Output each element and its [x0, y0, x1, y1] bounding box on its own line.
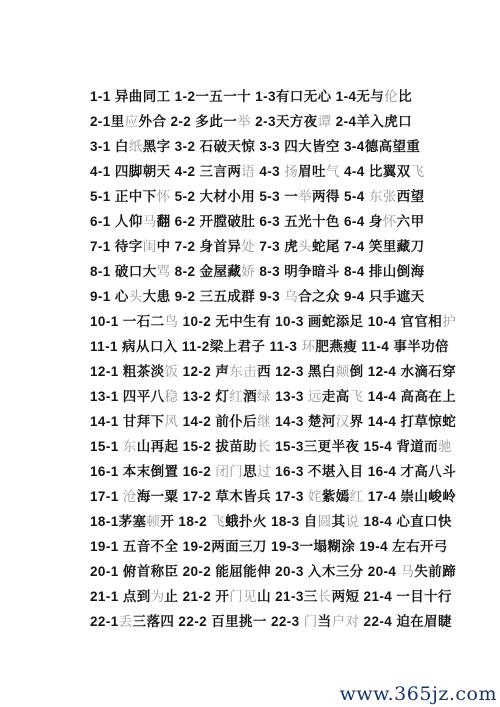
idiom-number: 20-2	[183, 564, 212, 579]
idiom-text: 东张西望	[369, 189, 425, 204]
idiom-number: 3-3	[259, 139, 280, 154]
idiom-text: 只手遮天	[369, 289, 425, 304]
idiom-number: 22-1	[90, 614, 119, 629]
idiom-text: 沧海一粟	[123, 489, 179, 504]
idiom-number: 5-2	[175, 189, 196, 204]
idiom-row: 17-1 沧海一粟 17-2 草木皆兵 17-3 姹紫嫣红 17-4 崇山峻岭	[90, 484, 456, 509]
idiom-row: 9-1 心头大患 9-2 三五成群 9-3 乌合之众 9-4 只手遮天	[90, 284, 456, 309]
idiom-text: 梁上君子	[210, 339, 266, 354]
idiom-text: 一石二鸟	[123, 314, 179, 329]
idiom-number: 8-3	[259, 264, 280, 279]
idiom-text: 事半功倍	[393, 339, 449, 354]
idiom-number: 7-4	[344, 239, 365, 254]
idiom-number: 21-3	[275, 589, 304, 604]
idiom-text: 官官相护	[400, 314, 456, 329]
idiom-number: 13-2	[183, 389, 212, 404]
idiom-number: 17-1	[90, 489, 119, 504]
idiom-text: 黑白颠倒	[308, 364, 364, 379]
idiom-text: 门当户对	[304, 614, 360, 629]
idiom-number: 18-2	[178, 514, 207, 529]
idiom-text: 能屈能伸	[215, 564, 271, 579]
idiom-number: 8-1	[90, 264, 111, 279]
idiom-number: 17-2	[183, 489, 212, 504]
idiom-text: 丢三落四	[119, 614, 175, 629]
idiom-number: 12-3	[275, 364, 304, 379]
idiom-number: 9-3	[259, 289, 280, 304]
idiom-text: 迫在眉睫	[396, 614, 452, 629]
idiom-text: 笑里藏刀	[369, 239, 425, 254]
idiom-number: 10-1	[90, 314, 119, 329]
idiom-number: 13-3	[275, 389, 304, 404]
idiom-number: 1-1	[90, 89, 111, 104]
idiom-row: 7-1 待字闺中 7-2 身首异处 7-3 虎头蛇尾 7-4 笑里藏刀	[90, 234, 456, 259]
idiom-number: 15-1	[90, 439, 119, 454]
idiom-text: 石破天惊	[200, 139, 256, 154]
idiom-text: 一五一十	[195, 89, 251, 104]
idiom-number: 13-1	[90, 389, 119, 404]
idiom-text: 自圆其说	[304, 514, 360, 529]
idiom-number: 9-1	[90, 289, 111, 304]
idiom-text: 一塌糊涂	[300, 539, 356, 554]
idiom-text: 虎头蛇尾	[284, 239, 340, 254]
idiom-row: 20-1 俯首称臣 20-2 能屈能伸 20-3 入木三分 20-4 马失前蹄	[90, 559, 456, 584]
idiom-row: 4-1 四脚朝天 4-2 三言两语 4-3 扬眉吐气 4-4 比翼双飞	[90, 159, 456, 184]
idiom-number: 11-3	[269, 339, 297, 354]
idiom-text: 楚河汉界	[308, 414, 364, 429]
idiom-number: 4-4	[344, 164, 365, 179]
idiom-number: 14-2	[183, 414, 212, 429]
idiom-text: 茅塞顿开	[119, 514, 175, 529]
idiom-number: 11-1	[90, 339, 118, 354]
idiom-text: 飞蛾扑火	[211, 514, 267, 529]
idiom-number: 2-3	[255, 114, 276, 129]
idiom-text: 姹紫嫣红	[308, 489, 364, 504]
idiom-text: 四脚朝天	[115, 164, 171, 179]
idiom-text: 无与伦比	[356, 89, 412, 104]
idiom-text: 大材小用	[200, 189, 256, 204]
idiom-number: 20-1	[90, 564, 119, 579]
idiom-number: 20-4	[368, 564, 397, 579]
idiom-text: 五音不全	[123, 539, 179, 554]
idiom-number: 1-4	[336, 89, 357, 104]
idiom-text: 水滴石穿	[400, 364, 456, 379]
idiom-row: 22-1丢三落四 22-2 百里挑一 22-3 门当户对 22-4 迫在眉睫	[90, 609, 456, 634]
idiom-number: 3-2	[175, 139, 196, 154]
idiom-text: 比翼双飞	[369, 164, 425, 179]
idiom-row: 6-1 人仰马翻 6-2 开膛破肚 6-3 五光十色 6-4 身怀六甲	[90, 209, 456, 234]
idiom-row: 3-1 白纸黑字 3-2 石破天惊 3-3 四大皆空 3-4德高望重	[90, 134, 456, 159]
idiom-text: 白纸黑字	[115, 139, 171, 154]
idiom-text: 病从口入	[122, 339, 178, 354]
idiom-number: 20-3	[275, 564, 304, 579]
idiom-text: 一举两得	[284, 189, 340, 204]
idiom-row: 8-1 破口大骂 8-2 金屋藏娇 8-3 明争暗斗 8-4 排山倒海	[90, 259, 456, 284]
idiom-text: 明争暗斗	[284, 264, 340, 279]
idiom-text: 俯首称臣	[123, 564, 179, 579]
idiom-text: 马失前蹄	[400, 564, 456, 579]
idiom-number: 3-4	[344, 139, 365, 154]
idiom-text: 扬眉吐气	[284, 164, 340, 179]
idiom-text: 心头大患	[115, 289, 171, 304]
idiom-text: 左右开弓	[392, 539, 448, 554]
idiom-number: 6-2	[175, 214, 196, 229]
idiom-text: 四大皆空	[284, 139, 340, 154]
idiom-text: 甘拜下风	[123, 414, 179, 429]
idiom-text: 人仰马翻	[115, 214, 171, 229]
idiom-number: 17-4	[368, 489, 397, 504]
idiom-row: 18-1茅塞顿开 18-2 飞蛾扑火 18-3 自圆其说 18-4 心直口快	[90, 509, 456, 534]
idiom-row: 16-1 本末倒置 16-2 闭门思过 16-3 不堪入目 16-4 才高八斗	[90, 459, 456, 484]
idiom-number: 18-1	[90, 514, 119, 529]
idiom-text: 金屋藏娇	[200, 264, 256, 279]
idiom-number: 6-4	[344, 214, 365, 229]
idiom-number: 8-2	[175, 264, 196, 279]
idiom-number: 10-3	[275, 314, 304, 329]
idiom-number: 14-4	[368, 414, 397, 429]
document-page: 1-1 异曲同工 1-2一五一十 1-3有口无心 1-4无与伦比2-1里应外合 …	[0, 0, 500, 707]
idiom-number: 7-1	[90, 239, 111, 254]
idiom-text: 排山倒海	[369, 264, 425, 279]
idiom-text: 三更半夜	[304, 439, 360, 454]
idiom-number: 19-1	[90, 539, 119, 554]
idiom-text: 两面三刀	[211, 539, 267, 554]
idiom-number: 7-2	[175, 239, 196, 254]
watermark-link: www.365jz.com	[340, 683, 497, 705]
idiom-text: 四平八稳	[123, 389, 179, 404]
idiom-text: 高高在上	[400, 389, 456, 404]
idiom-number: 17-3	[275, 489, 304, 504]
idiom-number: 22-3	[271, 614, 300, 629]
idiom-text: 正中下怀	[115, 189, 171, 204]
idiom-text: 本末倒置	[123, 464, 179, 479]
idiom-text: 里应外合	[111, 114, 167, 129]
idiom-text: 三长两短	[304, 589, 360, 604]
idiom-number: 19-4	[359, 539, 388, 554]
idiom-number: 3-1	[90, 139, 111, 154]
idiom-row: 2-1里应外合 2-2 多此一举 2-3天方夜谭 2-4羊入虎口	[90, 109, 456, 134]
idiom-text: 才高八斗	[400, 464, 456, 479]
idiom-row: 1-1 异曲同工 1-2一五一十 1-3有口无心 1-4无与伦比	[90, 84, 456, 109]
idiom-number: 10-4	[368, 314, 397, 329]
idiom-number: 22-4	[364, 614, 393, 629]
idiom-number: 16-1	[90, 464, 119, 479]
idiom-number: 4-2	[175, 164, 196, 179]
idiom-number: 2-4	[336, 114, 357, 129]
idiom-text: 三言两语	[200, 164, 256, 179]
idiom-text: 声东击西	[215, 364, 271, 379]
idiom-number: 16-2	[183, 464, 212, 479]
idiom-text: 羊入虎口	[356, 114, 412, 129]
idiom-number: 2-2	[171, 114, 192, 129]
idiom-text: 入木三分	[308, 564, 364, 579]
idiom-row: 13-1 四平八稳 13-2 灯红酒绿 13-3 远走高飞 14-4 高高在上	[90, 384, 456, 409]
idiom-text: 身怀六甲	[369, 214, 425, 229]
idiom-number: 21-4	[364, 589, 393, 604]
idiom-text: 环肥燕瘦	[302, 339, 358, 354]
idiom-row: 12-1 粗茶淡饭 12-2 声东击西 12-3 黑白颠倒 12-4 水滴石穿	[90, 359, 456, 384]
idiom-number: 9-2	[175, 289, 196, 304]
idiom-text: 粗茶淡饭	[123, 364, 179, 379]
idiom-row: 19-1 五音不全 19-2两面三刀 19-3一塌糊涂 19-4 左右开弓	[90, 534, 456, 559]
idiom-number: 11-4	[361, 339, 389, 354]
idiom-text: 乌合之众	[284, 289, 340, 304]
idiom-number: 1-3	[255, 89, 276, 104]
idiom-list: 1-1 异曲同工 1-2一五一十 1-3有口无心 1-4无与伦比2-1里应外合 …	[90, 84, 456, 634]
idiom-row: 11-1 病从口入 11-2梁上君子 11-3 环肥燕瘦 11-4 事半功倍	[90, 334, 456, 359]
idiom-text: 不堪入目	[308, 464, 364, 479]
idiom-number: 15-3	[275, 439, 304, 454]
idiom-number: 9-4	[344, 289, 365, 304]
idiom-text: 草木皆兵	[215, 489, 271, 504]
idiom-number: 19-3	[271, 539, 300, 554]
idiom-text: 背道而驰	[396, 439, 452, 454]
idiom-text: 打草惊蛇	[400, 414, 456, 429]
idiom-number: 5-3	[259, 189, 280, 204]
idiom-number: 21-2	[183, 589, 212, 604]
idiom-text: 身首异处	[200, 239, 256, 254]
idiom-number: 15-2	[183, 439, 212, 454]
idiom-number: 8-4	[344, 264, 365, 279]
idiom-text: 待字闺中	[115, 239, 171, 254]
idiom-text: 闭门思过	[215, 464, 271, 479]
idiom-number: 18-3	[271, 514, 300, 529]
idiom-text: 百里挑一	[211, 614, 267, 629]
idiom-number: 21-1	[90, 589, 119, 604]
idiom-text: 拔苗助长	[215, 439, 271, 454]
idiom-text: 开膛破肚	[200, 214, 256, 229]
idiom-number: 7-3	[259, 239, 280, 254]
idiom-text: 异曲同工	[115, 89, 171, 104]
idiom-row: 5-1 正中下怀 5-2 大材小用 5-3 一举两得 5-4 东张西望	[90, 184, 456, 209]
idiom-text: 五光十色	[284, 214, 340, 229]
idiom-number: 6-1	[90, 214, 111, 229]
idiom-number: 6-3	[259, 214, 280, 229]
idiom-number: 16-4	[368, 464, 397, 479]
idiom-text: 崇山峻岭	[400, 489, 456, 504]
idiom-number: 4-3	[259, 164, 280, 179]
idiom-number: 5-4	[344, 189, 365, 204]
idiom-text: 开门见山	[215, 589, 271, 604]
idiom-row: 21-1 点到为止 21-2 开门见山 21-3三长两短 21-4 一目十行	[90, 584, 456, 609]
idiom-text: 画蛇添足	[308, 314, 364, 329]
idiom-text: 德高望重	[365, 139, 421, 154]
idiom-row: 15-1 东山再起 15-2 拔苗助长 15-3三更半夜 15-4 背道而驰	[90, 434, 456, 459]
idiom-number: 14-4	[368, 389, 397, 404]
idiom-number: 12-1	[90, 364, 119, 379]
idiom-number: 16-3	[275, 464, 304, 479]
idiom-number: 19-2	[183, 539, 212, 554]
idiom-number: 2-1	[90, 114, 111, 129]
idiom-text: 天方夜谭	[276, 114, 332, 129]
idiom-text: 远走高飞	[308, 389, 364, 404]
idiom-text: 多此一举	[195, 114, 251, 129]
idiom-text: 三五成群	[200, 289, 256, 304]
idiom-number: 5-1	[90, 189, 111, 204]
idiom-text: 前仆后继	[215, 414, 271, 429]
idiom-text: 无中生有	[215, 314, 271, 329]
idiom-number: 10-2	[183, 314, 212, 329]
idiom-number: 14-3	[275, 414, 304, 429]
idiom-number: 18-4	[364, 514, 393, 529]
idiom-text: 一目十行	[396, 589, 452, 604]
idiom-number: 15-4	[364, 439, 393, 454]
idiom-text: 有口无心	[276, 89, 332, 104]
idiom-text: 破口大骂	[115, 264, 171, 279]
idiom-text: 灯红酒绿	[215, 389, 271, 404]
idiom-text: 心直口快	[396, 514, 452, 529]
idiom-number: 12-2	[183, 364, 212, 379]
idiom-number: 22-2	[178, 614, 207, 629]
idiom-number: 14-1	[90, 414, 119, 429]
idiom-number: 4-1	[90, 164, 111, 179]
idiom-row: 14-1 甘拜下风 14-2 前仆后继 14-3 楚河汉界 14-4 打草惊蛇	[90, 409, 456, 434]
idiom-number: 12-4	[368, 364, 397, 379]
idiom-text: 点到为止	[123, 589, 179, 604]
idiom-row: 10-1 一石二鸟 10-2 无中生有 10-3 画蛇添足 10-4 官官相护	[90, 309, 456, 334]
idiom-number: 1-2	[175, 89, 196, 104]
idiom-number: 11-2	[182, 339, 210, 354]
idiom-text: 东山再起	[123, 439, 179, 454]
